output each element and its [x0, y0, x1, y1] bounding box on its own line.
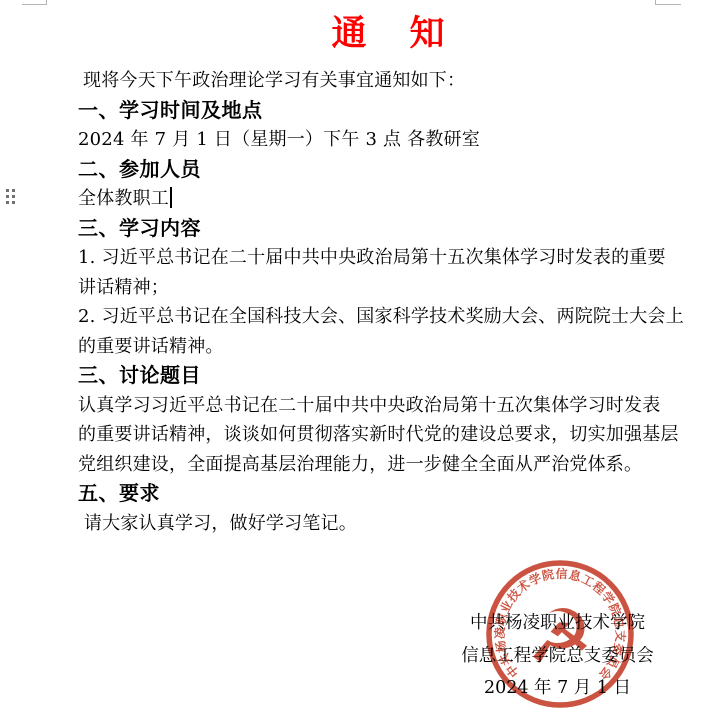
signature-block: 中共杨凌职业技术学院 信息工程学院总支委员会 2024 年 7 月 1 日 — [440, 607, 675, 705]
heading-discussion[interactable]: 三、讨论题目 — [78, 361, 668, 391]
participants-line[interactable]: 全体教职工 — [78, 184, 668, 214]
time-place-line[interactable]: 2024 年 7 月 1 日（星期一）下午 3 点 各教研室 — [78, 125, 668, 155]
heading-time-place[interactable]: 一、学习时间及地点 — [78, 96, 668, 126]
page-margin-mark-left — [22, 4, 47, 5]
study-item1-line1[interactable]: 1. 习近平总书记在二十届中共中央政治局第十五次集体学习时发表的重要 — [78, 243, 668, 273]
page-margin-mark-left-tick — [46, 0, 47, 5]
document-page: 通 知 现将今天下午政治理论学习有关事宜通知如下： 一、学习时间及地点 2024… — [0, 0, 723, 726]
participants-text: 全体教职工 — [78, 188, 169, 209]
heading-requirements[interactable]: 五、要求 — [78, 479, 668, 509]
signature-date[interactable]: 2024 年 7 月 1 日 — [440, 672, 675, 705]
text-cursor — [170, 187, 172, 208]
signature-org-line2[interactable]: 信息工程学院总支委员会 — [440, 640, 675, 673]
paragraph-drag-handle-icon[interactable] — [6, 189, 15, 204]
page-margin-mark-right — [655, 4, 681, 5]
requirements-line[interactable]: 请大家认真学习，做好学习笔记。 — [78, 509, 668, 539]
signature-org-line1[interactable]: 中共杨凌职业技术学院 — [440, 607, 675, 640]
notice-body: 现将今天下午政治理论学习有关事宜通知如下： 一、学习时间及地点 2024 年 7… — [78, 66, 668, 538]
intro-line[interactable]: 现将今天下午政治理论学习有关事宜通知如下： — [78, 66, 668, 96]
notice-title[interactable]: 通 知 — [331, 6, 448, 56]
study-item2-line2[interactable]: 的重要讲话精神。 — [78, 332, 668, 362]
discussion-line3[interactable]: 党组织建设，全面提高基层治理能力，进一步健全全面从严治党体系。 — [78, 450, 668, 480]
heading-study-content[interactable]: 三、学习内容 — [78, 214, 668, 244]
discussion-line1[interactable]: 认真学习习近平总书记在二十届中共中央政治局第十五次集体学习时发表 — [78, 391, 668, 421]
study-item2-line1[interactable]: 2. 习近平总书记在全国科技大会、国家科学技术奖励大会、两院院士大会上 — [78, 302, 668, 332]
heading-participants[interactable]: 二、参加人员 — [78, 155, 668, 185]
study-item1-line2[interactable]: 讲话精神； — [78, 273, 668, 303]
discussion-line2[interactable]: 的重要讲话精神，谈谈如何贯彻落实新时代党的建设总要求，切实加强基层 — [78, 420, 668, 450]
